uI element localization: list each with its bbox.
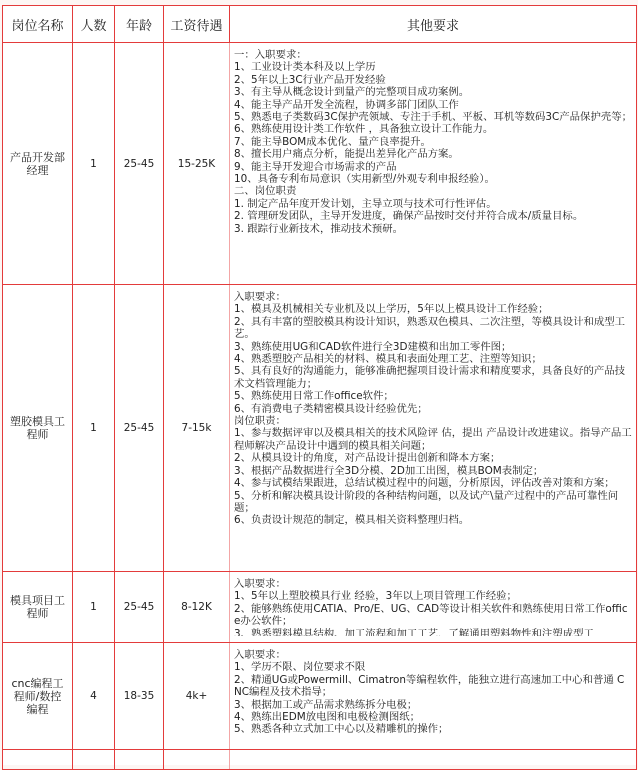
cell-salary[interactable]: 8-12K [164,572,230,643]
req-line: 4、能主导产品开发全流程，协调多部门团队工作 [234,99,632,111]
req-line: 2. 管理研发团队，主导开发进度，确保产品按时交付并符合成本/质量目标。 [234,210,632,222]
req-line: 二、岗位职责 [234,185,632,197]
req-line: 1. 制定产品年度开发计划，主导立项与技术可行性评估。 [234,198,632,210]
empty-cell[interactable] [230,750,637,755]
table-row: 产品开发部经理 1 25-45 15-25K 一：入职要求： 1、工业设计类本科… [3,43,637,285]
empty-cell[interactable] [3,750,73,755]
cell-salary[interactable]: 7-15k [164,285,230,572]
req-line: 9、能主导开发迎合市场需求的产品 [234,161,632,173]
req-line: 3、熟悉塑料模具结构、加工流程和加工工艺，了解通用塑料物性和注塑成型工 [234,628,632,636]
req-line: 2、精通UG或Powermill、Cimatron等编程软件，能独立进行高速加工… [234,674,632,699]
cell-age[interactable]: 25-45 [115,572,164,643]
cell-requirements[interactable]: 入职要求： 1、模具及机械相关专业机及以上学历，5年以上模具设计工作经验； 2、… [230,285,637,572]
req-line: 一：入职要求： [234,49,632,61]
cell-count[interactable]: 1 [73,572,115,643]
req-line: 2、能够熟练使用CATIA、Pro/E、UG、CAD等设计相关软件和熟练使用日常… [234,603,632,628]
job-requirements-table: 岗位名称 人数 年龄 工资待遇 其他要求 产品开发部经理 1 25-45 15-… [2,5,637,754]
empty-cell[interactable] [115,750,164,755]
req-line: 1、学历不限、岗位要求不限 [234,661,632,673]
req-line: 3、根据加工或产品需求熟练拆分电极； [234,699,632,711]
req-line: 5、熟练使用日常工作office软件； [234,390,632,402]
req-line: 5、熟悉电子类数码3C保护壳领域、专注于手机、平板、耳机等数码3C产品保护壳等； [234,111,632,123]
req-line: 1、参与数据评审以及模具相关的技术风险评 估，提出 产品设计改进建议。指导产品工… [234,427,632,452]
cell-position[interactable]: 产品开发部经理 [3,43,73,285]
req-line: 1、5年以上塑胶模具行业 经验，3年以上项目管理工作经验； [234,590,632,602]
req-line: 3、有主导从概念设计到量产的完整项目成功案例。 [234,86,632,98]
cell-salary[interactable]: 4k+ [164,643,230,750]
header-age[interactable]: 年龄 [115,6,164,43]
req-line: 7、能主导BOM成本优化、量产良率提升。 [234,136,632,148]
req-line: 1、工业设计类本科及以上学历 [234,61,632,73]
cell-count[interactable]: 4 [73,643,115,750]
header-count[interactable]: 人数 [73,6,115,43]
req-line: 3、根据产品数据进行全3D分模、2D加工出图，模具BOM表制定； [234,465,632,477]
req-line: 6、有消费电子类精密模具设计经验优先； [234,403,632,415]
req-line: 入职要求： [234,649,632,661]
cell-requirements[interactable]: 入职要求： 1、学历不限、岗位要求不限 2、精通UG或Powermill、Cim… [230,643,637,750]
cell-requirements[interactable]: 入职要求： 1、5年以上塑胶模具行业 经验，3年以上项目管理工作经验； 2、能够… [230,572,637,643]
cell-age[interactable]: 25-45 [115,43,164,285]
cell-position[interactable]: 模具项目工程师 [3,572,73,643]
cell-count[interactable]: 1 [73,43,115,285]
header-row: 岗位名称 人数 年龄 工资待遇 其他要求 [3,6,637,43]
req-line: 岗位职责： [234,415,632,427]
req-line: 入职要求： [234,291,632,303]
cell-count[interactable]: 1 [73,285,115,572]
empty-cell[interactable] [164,750,230,755]
table-row: cnc编程工程师/数控编程 4 18-35 4k+ 入职要求： 1、学历不限、岗… [3,643,637,750]
req-line: 10、具备专利布局意识（实用新型/外观专利申报经验）。 [234,173,632,185]
req-line: 4、熟悉塑胶产品相关的材料、模具和表面处理工艺、注塑等知识； [234,353,632,365]
header-salary[interactable]: 工资待遇 [164,6,230,43]
cell-position[interactable]: cnc编程工程师/数控编程 [3,643,73,750]
cell-requirements[interactable]: 一：入职要求： 1、工业设计类本科及以上学历 2、5年以上3C行业产品开发经验 … [230,43,637,285]
req-line: 4、熟练出EDM放电图和电极检测图纸； [234,711,632,723]
table-row: 模具项目工程师 1 25-45 8-12K 入职要求： 1、5年以上塑胶模具行业… [3,572,637,643]
req-line: 5、分析和解决模具设计阶段的各种结构问题，以及试产\量产过程中的产品可靠性问题； [234,490,632,515]
req-line: 6、熟练使用设计类工作软件 ，具备独立设计工作能力。 [234,123,632,135]
req-line: 1、模具及机械相关专业机及以上学历，5年以上模具设计工作经验； [234,303,632,315]
req-line: 入职要求： [234,578,632,590]
req-line: 5、具有良好的沟通能力，能够准确把握项目设计需求和精度要求，具备良好的产品技术文… [234,365,632,390]
cell-age[interactable]: 25-45 [115,285,164,572]
req-line: 2、具有丰富的塑胶模具构设计知识，熟悉双色模具、二次注塑，等模具设计和成型工艺。 [234,316,632,341]
requirements-clip: 入职要求： 1、5年以上塑胶模具行业 经验，3年以上项目管理工作经验； 2、能够… [234,578,632,636]
req-line: 8、擅长用户痛点分析，能提出差异化产品方案。 [234,148,632,160]
req-line: 3. 跟踪行业新技术，推动技术预研。 [234,223,632,235]
cell-position[interactable]: 塑胶模具工程师 [3,285,73,572]
cell-salary[interactable]: 15-25K [164,43,230,285]
req-line: 2、从模具设计的角度，对产品设计提出创新和降本方案； [234,452,632,464]
cell-age[interactable]: 18-35 [115,643,164,750]
req-line: 2、5年以上3C行业产品开发经验 [234,74,632,86]
header-requirements[interactable]: 其他要求 [230,6,637,43]
empty-cell[interactable] [73,750,115,755]
table-row-partial [3,750,637,755]
req-line: 5、熟悉各种立式加工中心以及精雕机的操作； [234,723,632,735]
req-line: 6、负责设计规范的制定，模具相关资料整理归档。 [234,514,632,526]
req-line: 4、参与试模结果跟进，总结试模过程中的问题，分析原因，评估改善对策和方案； [234,477,632,489]
req-line: 3、熟练使用UG和CAD软件进行全3D建模和出加工零件图； [234,341,632,353]
table-row: 塑胶模具工程师 1 25-45 7-15k 入职要求： 1、模具及机械相关专业机… [3,285,637,572]
job-table-sheet: 岗位名称 人数 年龄 工资待遇 其他要求 产品开发部经理 1 25-45 15-… [2,5,636,754]
header-position[interactable]: 岗位名称 [3,6,73,43]
